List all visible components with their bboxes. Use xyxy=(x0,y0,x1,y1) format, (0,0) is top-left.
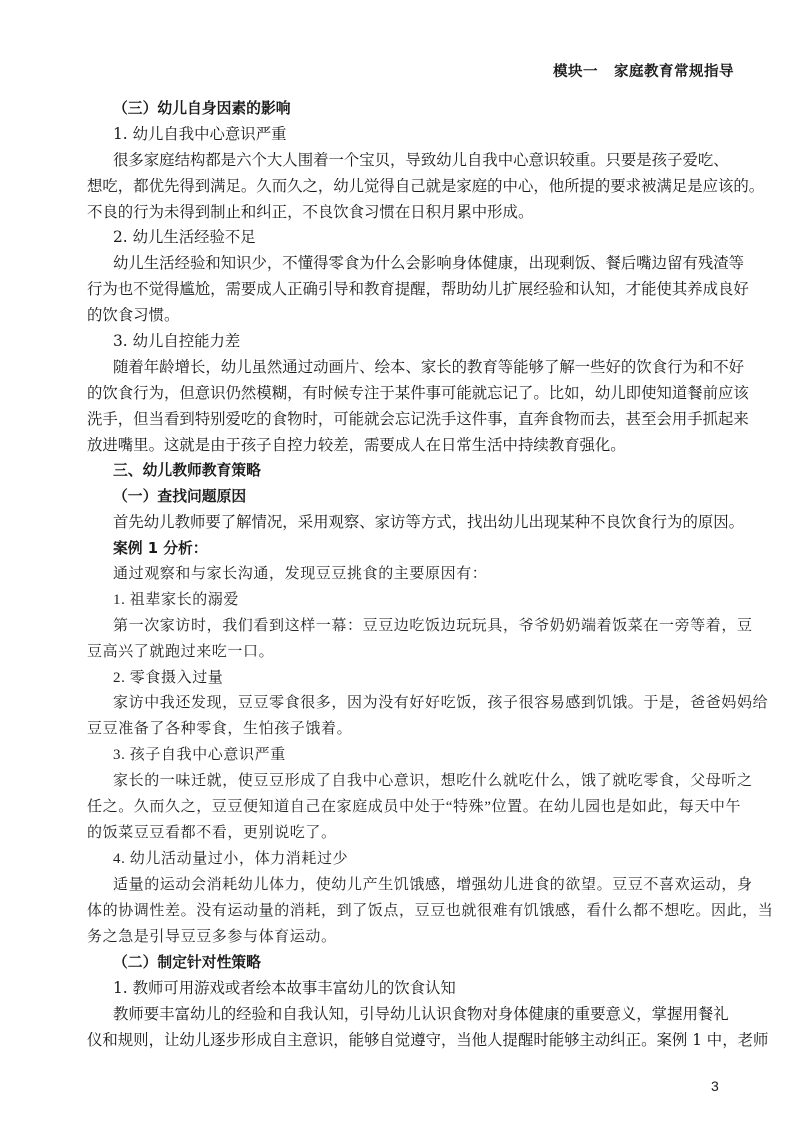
section-heading: 三、幼儿教师教育策略 xyxy=(87,458,713,484)
text-line: 家长的一味迁就，使豆豆形成了自我中心意识，想吃什么就吃什么，饿了就吃零食，父母听… xyxy=(87,769,713,795)
text-line: 4. 幼儿活动量过小，体力消耗过少 xyxy=(87,847,713,873)
text-line: 的饮食习惯。 xyxy=(87,303,713,329)
module-label: 模块一 xyxy=(553,64,598,80)
page-body: （三）幼儿自身因素的影响1. 幼儿自我中心意识严重很多家庭结构都是六个大人围着一… xyxy=(87,96,713,1054)
text-line: 教师要丰富幼儿的经验和自我认知，引导幼儿认识食物对身体健康的重要意义，掌握用餐礼 xyxy=(87,1002,713,1028)
text-line: 很多家庭结构都是六个大人围着一个宝贝，导致幼儿自我中心意识较重。只要是孩子爱吃、 xyxy=(87,148,713,174)
text-line: 幼儿生活经验和知识少，不懂得零食为什么会影响身体健康，出现剩饭、餐后嘴边留有残渣… xyxy=(87,251,713,277)
text-line: 豆豆准备了各种零食，生怕孩子饿着。 xyxy=(87,717,713,743)
running-header: 模块一家庭教育常规指导 xyxy=(553,60,733,81)
page-number: 3 xyxy=(711,1078,719,1094)
text-line: 3. 幼儿自控能力差 xyxy=(87,329,713,355)
text-line: 1. 教师可用游戏或者绘本故事丰富幼儿的饮食认知 xyxy=(87,976,713,1002)
text-line: 不良的行为未得到制止和纠正，不良饮食习惯在日积月累中形成。 xyxy=(87,200,713,226)
text-line: 通过观察和与家长沟通，发现豆豆挑食的主要原因有： xyxy=(87,562,713,588)
text-line: 的饮食行为，但意识仍然模糊，有时候专注于某件事可能就忘记了。比如，幼儿即使知道餐… xyxy=(87,381,713,407)
text-line: 放进嘴里。这就是由于孩子自控力较差，需要成人在日常生活中持续教育强化。 xyxy=(87,433,713,459)
text-line: 务之急是引导豆豆多参与体育运动。 xyxy=(87,925,713,951)
text-line: 豆高兴了就跑过来吃一口。 xyxy=(87,640,713,666)
text-line: 体的协调性差。没有运动量的消耗，到了饭点，豆豆也就很难有饥饿感，看什么都不想吃。… xyxy=(87,899,713,925)
text-line: 第一次家访时，我们看到这样一幕：豆豆边吃饭边玩玩具，爷爷奶奶端着饭菜在一旁等着，… xyxy=(87,614,713,640)
section-heading: （三）幼儿自身因素的影响 xyxy=(87,96,713,122)
text-line: 1. 幼儿自我中心意识严重 xyxy=(87,122,713,148)
text-line: 洗手，但当看到特别爱吃的食物时，可能就会忘记洗手这件事，直奔食物而去，甚至会用手… xyxy=(87,407,713,433)
section-heading: （一）查找问题原因 xyxy=(87,484,713,510)
text-line: 适量的运动会消耗幼儿体力，使幼儿产生饥饿感，增强幼儿进食的欲望。豆豆不喜欢运动，… xyxy=(87,873,713,899)
chapter-title: 家庭教育常规指导 xyxy=(614,64,734,80)
text-line: 家访中我还发现，豆豆零食很多，因为没有好好吃饭，孩子很容易感到饥饿。于是，爸爸妈… xyxy=(87,691,713,717)
text-line: 任之。久而久之，豆豆便知道自己在家庭成员中处于“特殊”位置。在幼儿园也是如此，每… xyxy=(87,795,713,821)
section-heading: （二）制定针对性策略 xyxy=(87,950,713,976)
text-line: 首先幼儿教师要了解情况，采用观察、家访等方式，找出幼儿出现某种不良饮食行为的原因… xyxy=(87,510,713,536)
section-heading: 案例 1 分析： xyxy=(87,536,713,562)
text-line: 仪和规则，让幼儿逐步形成自主意识，能够自觉遵守，当他人提醒时能够主动纠正。案例 … xyxy=(87,1028,713,1054)
text-line: 1. 祖辈家长的溺爱 xyxy=(87,588,713,614)
text-line: 行为也不觉得尴尬，需要成人正确引导和教育提醒，帮助幼儿扩展经验和认知，才能使其养… xyxy=(87,277,713,303)
text-line: 想吃，都优先得到满足。久而久之，幼儿觉得自己就是家庭的中心，他所提的要求被满足是… xyxy=(87,174,713,200)
text-line: 随着年龄增长，幼儿虽然通过动画片、绘本、家长的教育等能够了解一些好的饮食行为和不… xyxy=(87,355,713,381)
text-line: 2. 零食摄入过量 xyxy=(87,666,713,692)
text-line: 的饭菜豆豆看都不看，更别说吃了。 xyxy=(87,821,713,847)
text-line: 3. 孩子自我中心意识严重 xyxy=(87,743,713,769)
text-line: 2. 幼儿生活经验不足 xyxy=(87,225,713,251)
